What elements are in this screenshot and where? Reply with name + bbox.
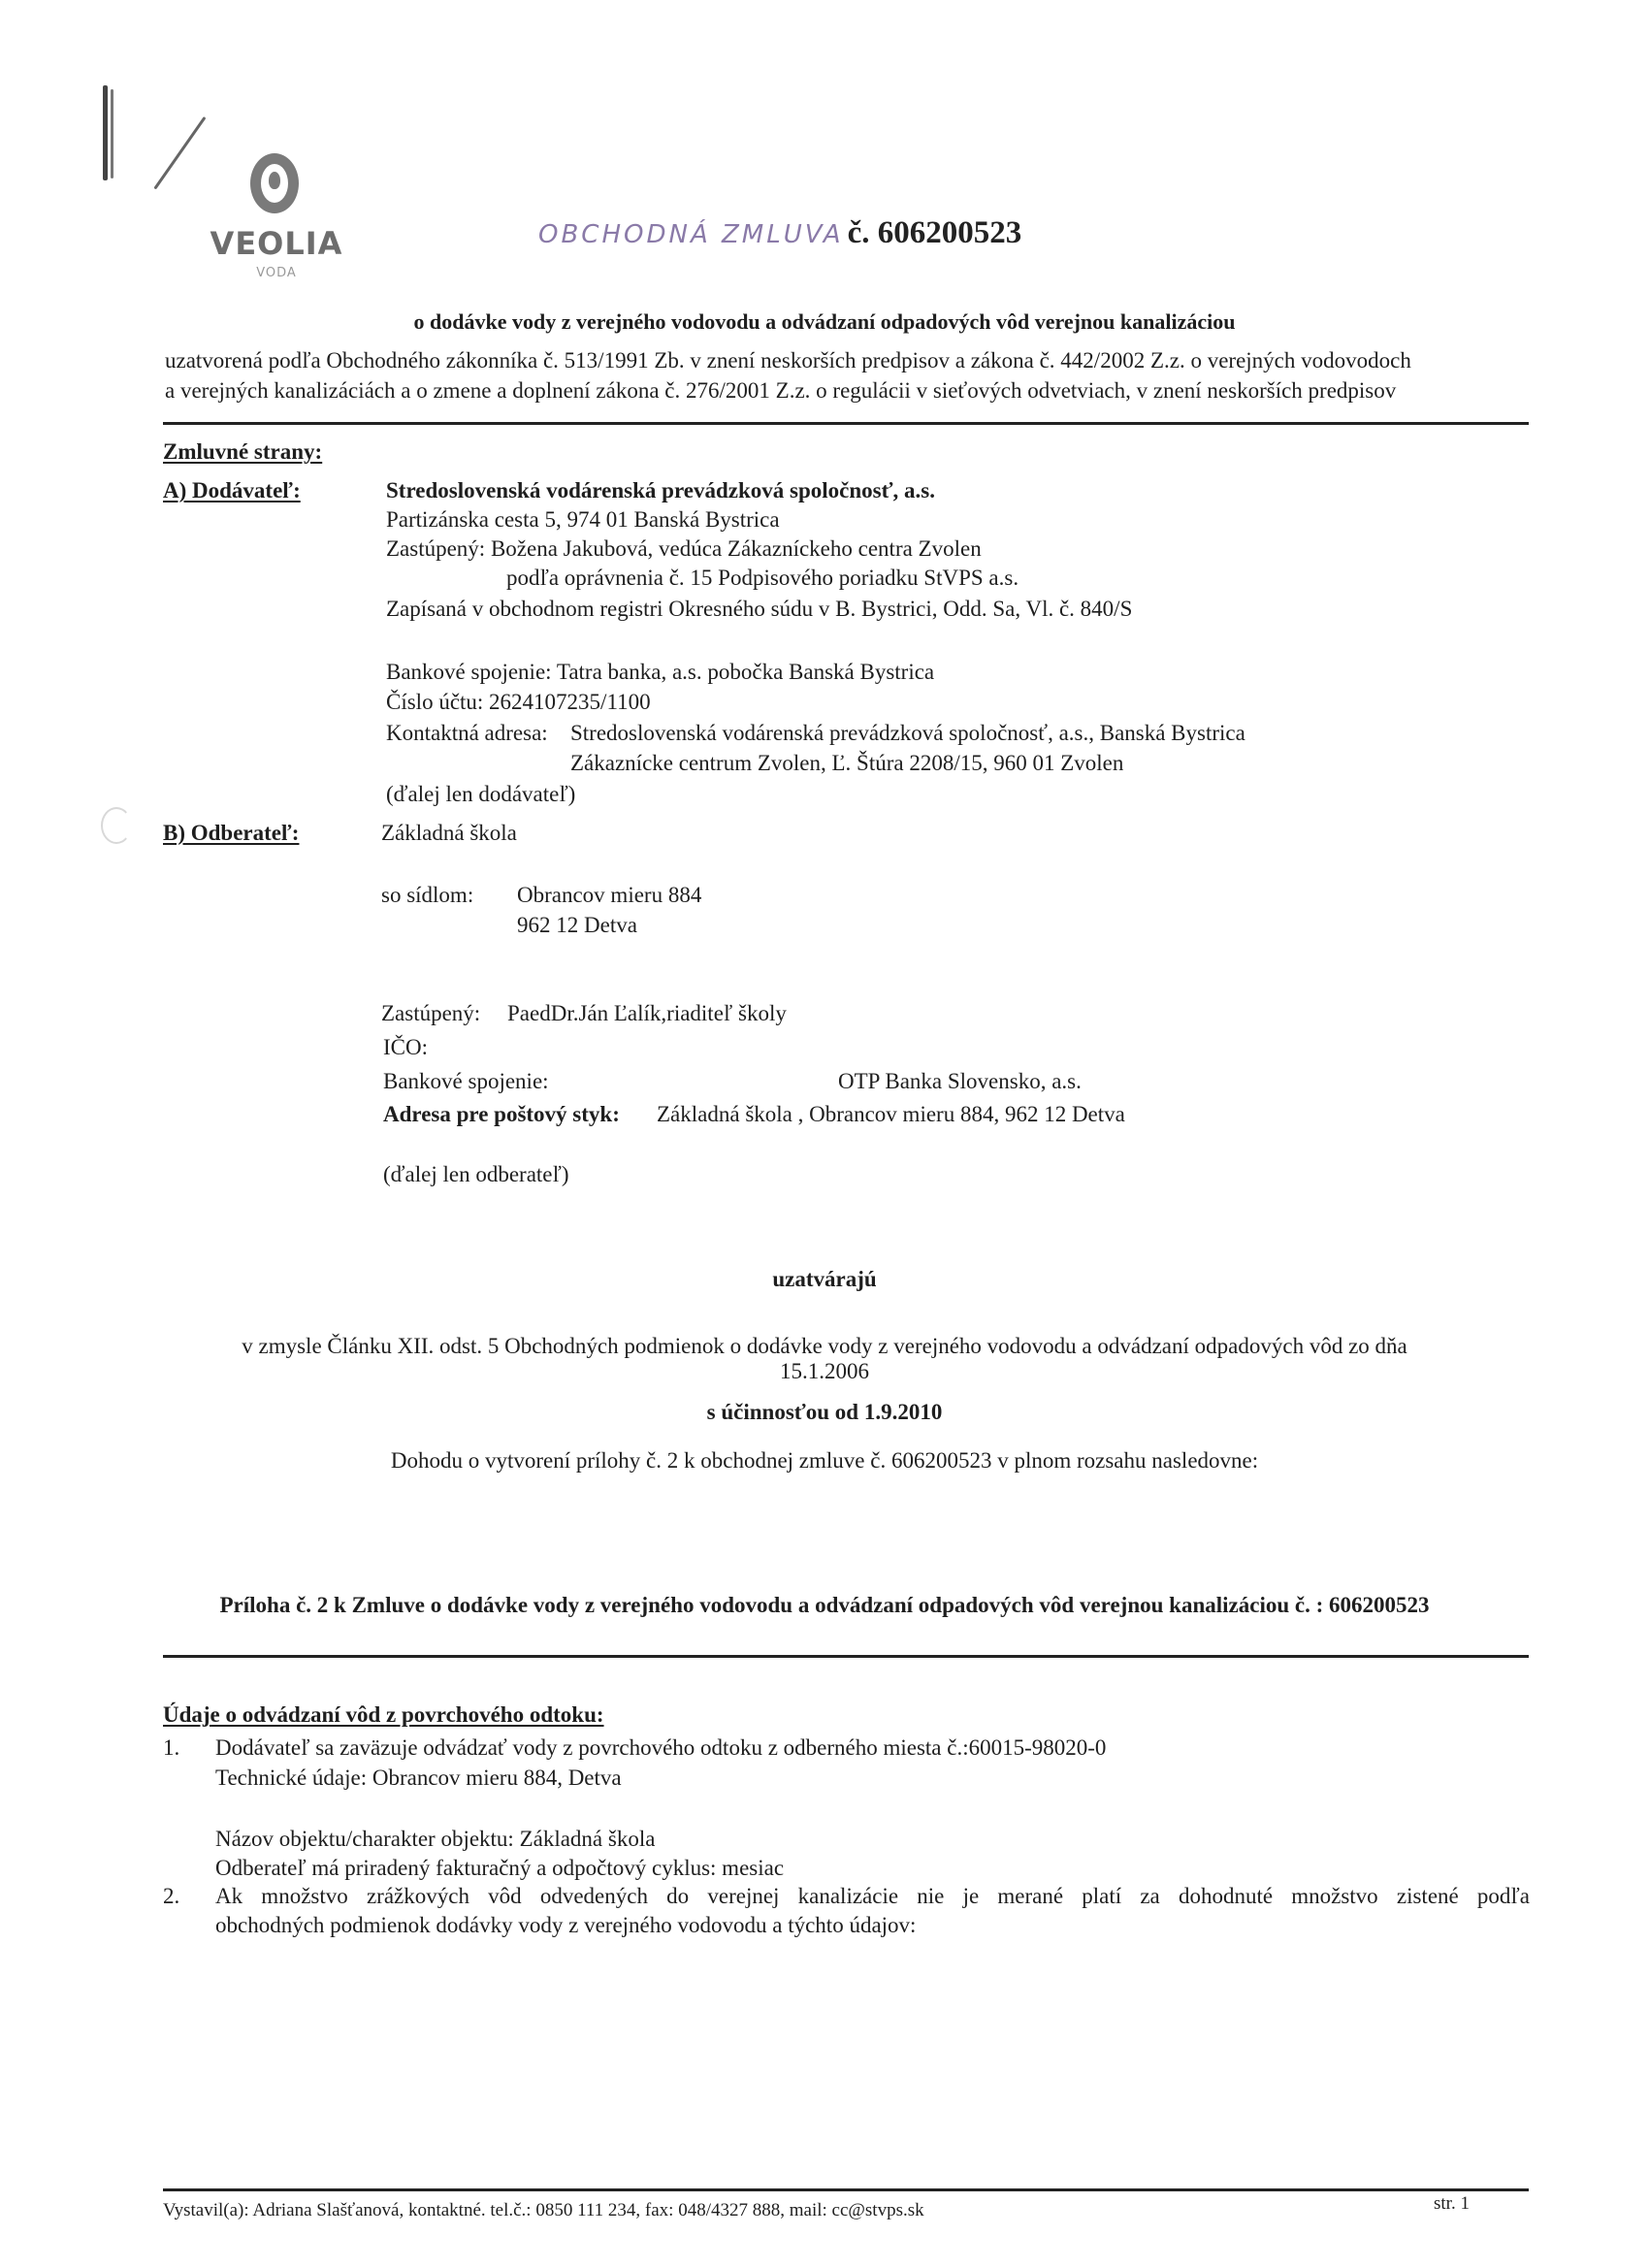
customer-label: B) Odberateľ: bbox=[163, 818, 299, 848]
item-2-line-1: Ak množstvo zrážkových vôd odvedených do… bbox=[215, 1881, 1530, 1911]
supplier-address: Partizánska cesta 5, 974 01 Banská Bystr… bbox=[386, 504, 780, 535]
supplier-alias: (ďalej len dodávateľ) bbox=[386, 779, 575, 809]
pen-mark bbox=[153, 116, 206, 189]
veolia-logo: VEOLIA VODA bbox=[204, 146, 349, 281]
supplier-contact-label: Kontaktná adresa: bbox=[386, 718, 548, 748]
handwritten-title: OBCHODNÁ ZMLUVA bbox=[538, 220, 844, 249]
document-subtitle: o dodávke vody z verejného vodovodu a od… bbox=[0, 307, 1649, 337]
contract-number: č. 606200523 bbox=[848, 215, 1022, 250]
customer-represented-label: Zastúpený: bbox=[381, 998, 480, 1028]
footer-issued-by: Vystavil(a): Adriana Slašťanová, kontakt… bbox=[163, 2195, 924, 2225]
customer-name: Základná škola bbox=[381, 818, 517, 848]
supplier-represented: Zastúpený: Božena Jakubová, vedúca Zákaz… bbox=[386, 534, 982, 564]
supplier-contact-line-2: Zákaznícke centrum Zvolen, Ľ. Štúra 2208… bbox=[570, 748, 1123, 778]
customer-seat-label: so sídlom: bbox=[381, 880, 473, 910]
supplier-account: Číslo účtu: 2624107235/1100 bbox=[386, 687, 651, 717]
section-heading: Údaje o odvádzaní vôd z povrchového odto… bbox=[163, 1700, 604, 1730]
item-number: 1. bbox=[163, 1733, 179, 1763]
effective-date: s účinnosťou od 1.9.2010 bbox=[0, 1397, 1649, 1427]
supplier-name: Stredoslovenská vodárenská prevádzková s… bbox=[386, 475, 935, 505]
customer-bank-value: OTP Banka Slovensko, a.s. bbox=[838, 1066, 1082, 1096]
item-1-line-4: Odberateľ má priradený fakturačný a odpo… bbox=[215, 1853, 784, 1883]
scan-artifact-bar bbox=[103, 85, 108, 180]
item-1-line-1: Dodávateľ sa zaväzuje odvádzať vody z po… bbox=[215, 1733, 1106, 1763]
customer-seat-line-2: 962 12 Detva bbox=[517, 910, 637, 940]
supplier-contact-line-1: Stredoslovenská vodárenská prevádzková s… bbox=[570, 718, 1245, 748]
logo-wordmark: VEOLIA bbox=[204, 225, 349, 262]
annex-title: Príloha č. 2 k Zmluve o dodávke vody z v… bbox=[0, 1590, 1649, 1620]
supplier-registry: Zapísaná v obchodnom registri Okresného … bbox=[386, 594, 1132, 624]
divider bbox=[163, 1655, 1529, 1658]
logo-subtitle: VODA bbox=[204, 266, 349, 280]
logo-drop-icon bbox=[269, 172, 280, 189]
customer-represented-value: PaedDr.Ján Ľalík,riaditeľ školy bbox=[507, 998, 787, 1028]
supplier-label: A) Dodávateľ: bbox=[163, 475, 301, 505]
item-1-line-3: Názov objektu/charakter objektu: Základn… bbox=[215, 1824, 655, 1854]
item-number: 2. bbox=[163, 1881, 179, 1911]
customer-bank-label: Bankové spojenie: bbox=[383, 1066, 549, 1096]
customer-seat-line-1: Obrancov mieru 884 bbox=[517, 880, 701, 910]
conclude-heading: uzatvárajú bbox=[0, 1264, 1649, 1294]
customer-alias: (ďalej len odberateľ) bbox=[383, 1159, 569, 1189]
article-line-2: 15.1.2006 bbox=[0, 1356, 1649, 1386]
item-2-line-2: obchodných podmienok dodávky vody z vere… bbox=[215, 1910, 916, 1940]
supplier-bank: Bankové spojenie: Tatra banka, a.s. pobo… bbox=[386, 657, 934, 687]
legal-basis-line-1: uzatvorená podľa Obchodného zákonníka č.… bbox=[165, 345, 1411, 375]
customer-postal-label: Adresa pre poštový styk: bbox=[383, 1099, 620, 1129]
supplier-authorization: podľa oprávnenia č. 15 Podpisového poria… bbox=[506, 563, 1018, 593]
divider bbox=[163, 422, 1529, 425]
scan-artifact-circle bbox=[101, 807, 132, 844]
document-title: OBCHODNÁ ZMLUVA č. 606200523 bbox=[538, 215, 1021, 251]
scan-artifact-bar bbox=[111, 89, 113, 178]
agreement-text: Dohodu o vytvorení prílohy č. 2 k obchod… bbox=[0, 1445, 1649, 1475]
parties-heading: Zmluvné strany: bbox=[163, 437, 322, 467]
customer-ico-label: IČO: bbox=[383, 1032, 428, 1062]
customer-postal-value: Základná škola , Obrancov mieru 884, 962… bbox=[657, 1099, 1125, 1129]
page-number: str. 1 bbox=[1434, 2188, 1470, 2219]
legal-basis-line-2: a verejných kanalizáciách a o zmene a do… bbox=[165, 375, 1396, 405]
footer-divider bbox=[163, 2188, 1529, 2191]
item-1-line-2: Technické údaje: Obrancov mieru 884, Det… bbox=[215, 1763, 622, 1793]
